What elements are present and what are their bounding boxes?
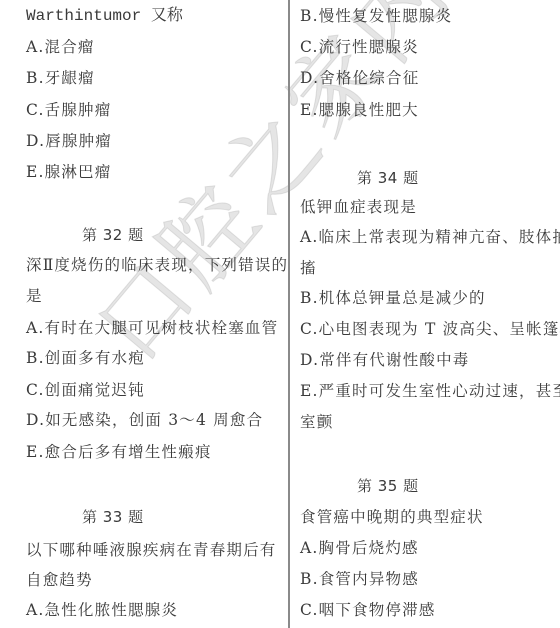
q34-option-e-line1: E.严重时可发生室性心动过速，甚至 xyxy=(300,381,560,401)
question-33-heading: 第 33 题 xyxy=(82,507,144,527)
question-31-stem: Warthintumor 又称 xyxy=(26,6,183,26)
question-32-stem-line1: 深Ⅱ度烧伤的临床表现，下列错误的 xyxy=(26,255,288,275)
question-34-stem: 低钾血症表现是 xyxy=(300,197,417,217)
question-32-stem-line2: 是 xyxy=(26,286,43,306)
question-35-stem: 食管癌中晚期的典型症状 xyxy=(300,507,484,527)
q35-option-a: A.胸骨后烧灼感 xyxy=(300,538,419,558)
q35-option-c: C.咽下食物停滞感 xyxy=(300,600,436,620)
question-32-heading: 第 32 题 xyxy=(82,225,144,245)
q32-option-c: C.创面痛觉迟钝 xyxy=(26,380,145,400)
question-33-stem-line2: 自愈趋势 xyxy=(26,570,93,590)
q32-option-b: B.创面多有水疱 xyxy=(26,348,145,368)
question-35-heading: 第 35 题 xyxy=(357,476,419,496)
q31-option-b: B.牙龈瘤 xyxy=(26,68,95,88)
q33-option-e: E.腮腺良性肥大 xyxy=(300,100,419,120)
question-34-heading: 第 34 题 xyxy=(357,168,419,188)
q34-option-b: B.机体总钾量总是减少的 xyxy=(300,288,486,308)
q34-option-d: D.常伴有代谢性酸中毒 xyxy=(300,350,470,370)
q33-option-c: C.流行性腮腺炎 xyxy=(300,37,419,57)
q34-option-c: C.心电图表现为 T 波高尖、呈帐篷样 xyxy=(300,319,560,339)
q31-option-a: A.混合瘤 xyxy=(26,37,95,57)
q33-option-b: B.慢性复发性腮腺炎 xyxy=(300,6,452,26)
q32-option-a: A.有时在大腿可见树枝状栓塞血管 xyxy=(26,318,278,338)
q34-option-a-line1: A.临床上常表现为精神亢奋、肢体抽 xyxy=(300,227,560,247)
question-33-stem-line1: 以下哪种唾液腺疾病在青春期后有 xyxy=(26,540,277,560)
q35-option-b: B.食管内异物感 xyxy=(300,569,419,589)
q33-option-a: A.急性化脓性腮腺炎 xyxy=(26,600,178,620)
q32-option-d: D.如无感染，创面 3～4 周愈合 xyxy=(26,410,263,430)
q31-option-e: E.腺淋巴瘤 xyxy=(26,162,111,182)
exam-page: 口腔之家内部资料 Warthintumor 又称 A.混合瘤 B.牙龈瘤 C.舌… xyxy=(0,0,560,628)
q34-option-a-line2: 搐 xyxy=(300,258,317,278)
q34-option-e-line2: 室颤 xyxy=(300,412,333,432)
q32-option-e: E.愈合后多有增生性瘢痕 xyxy=(26,442,212,462)
q31-option-d: D.唇腺肿瘤 xyxy=(26,131,112,151)
q31-option-c: C.舌腺肿瘤 xyxy=(26,100,111,120)
q33-option-d: D.舍格伦综合征 xyxy=(300,68,419,88)
column-divider xyxy=(288,0,290,628)
